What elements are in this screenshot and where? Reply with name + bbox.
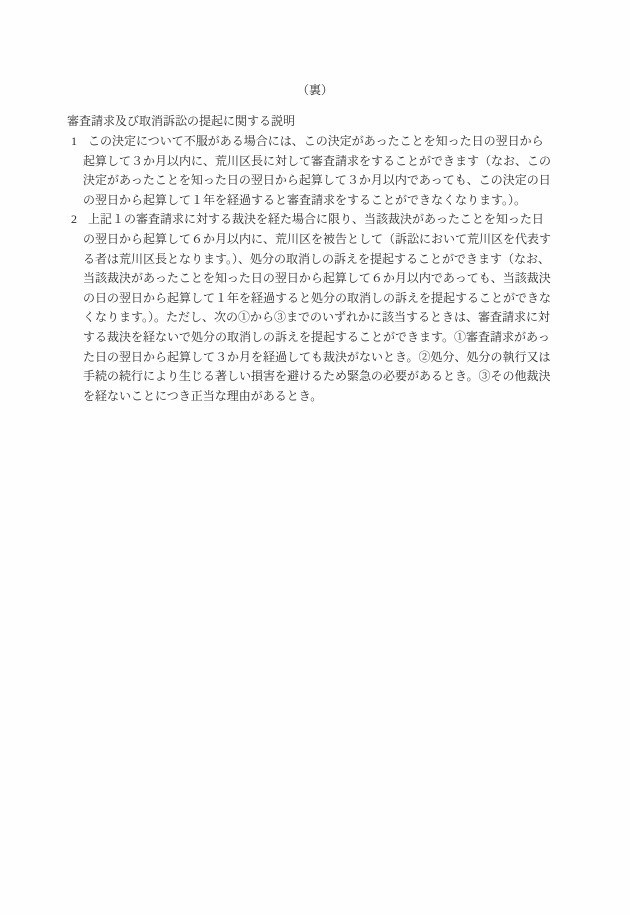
item-2-line-2: の翌日から起算して６か月以内に、荒川区を被告として（訴訟において荒川区を代表す xyxy=(0,230,630,250)
text-line: 決定があったことを知った日の翌日から起算して３か月以内であっても、この決定の日 xyxy=(83,173,551,187)
item-1-line-1: 1この決定について不服がある場合には、この決定があったことを知った日の翌日から xyxy=(0,132,630,152)
item-1-number: 1 xyxy=(71,132,88,152)
text-line: る者は荒川区長となります。）、処分の取消しの訴えを提起することができます（なお、 xyxy=(83,252,550,266)
item-2-line-10: を経ないことにつき正当な理由があるとき。 xyxy=(0,387,630,407)
item-2-line-5: の日の翌日から起算して１年を経過すると処分の取消しの訴えを提起することができな xyxy=(0,289,630,309)
item-1-line-3: 決定があったことを知った日の翌日から起算して３か月以内であっても、この決定の日 xyxy=(0,171,630,191)
text-line: する裁決を経ないで処分の取消しの訴えを提起することができます。①審査請求があっ xyxy=(83,330,550,344)
item-2-line-6: くなります。）。ただし、次の①から③までのいずれかに該当するときは、審査請求に対 xyxy=(0,308,630,328)
text-line: た日の翌日から起算して３か月を経過しても裁決がないとき。②処分、処分の執行又は xyxy=(83,350,551,364)
text-line: の翌日から起算して６か月以内に、荒川区を被告として（訴訟において荒川区を代表す xyxy=(83,232,551,246)
text-line: 当該裁決があったことを知った日の翌日から起算して６か月以内であっても、当該裁決 xyxy=(83,271,551,285)
document-page: （裏） 審査請求及び取消訴訟の提起に関する説明 1この決定について不服がある場合… xyxy=(0,0,630,915)
item-2-line-4: 当該裁決があったことを知った日の翌日から起算して６か月以内であっても、当該裁決 xyxy=(0,269,630,289)
item-2-line-1: 2上記１の審査請求に対する裁決を経た場合に限り、当該裁決があったことを知った日 xyxy=(0,210,630,230)
item-2-line-3: る者は荒川区長となります。）、処分の取消しの訴えを提起することができます（なお、 xyxy=(0,250,630,270)
document-title: 審査請求及び取消訴訟の提起に関する説明 xyxy=(67,112,295,132)
item-1-line-2: 起算して３か月以内に、荒川区長に対して審査請求をすることができます（なお、この xyxy=(0,152,630,172)
page-side-label: （裏） xyxy=(0,81,630,101)
item-2-number: 2 xyxy=(71,210,88,230)
item-2-line-9: 手続の続行により生じる著しい損害を避けるため緊急の必要があるとき。③その他裁決 xyxy=(0,367,630,387)
text-line: の日の翌日から起算して１年を経過すると処分の取消しの訴えを提起することができな xyxy=(83,291,551,305)
text-line: 起算して３か月以内に、荒川区長に対して審査請求をすることができます（なお、この xyxy=(83,154,551,168)
text-line: くなります。）。ただし、次の①から③までのいずれかに該当するときは、審査請求に対 xyxy=(83,310,550,324)
text-line: を経ないことにつき正当な理由があるとき。 xyxy=(83,389,322,403)
text-line: 上記１の審査請求に対する裁決を経た場合に限り、当該裁決があったことを知った日 xyxy=(88,212,544,226)
item-1-line-4: の翌日から起算して１年を経過すると審査請求をすることができなくなります。）。 xyxy=(0,191,630,211)
item-2-line-7: する裁決を経ないで処分の取消しの訴えを提起することができます。①審査請求があっ xyxy=(0,328,630,348)
item-2-line-8: た日の翌日から起算して３か月を経過しても裁決がないとき。②処分、処分の執行又は xyxy=(0,348,630,368)
text-line: 手続の続行により生じる著しい損害を避けるため緊急の必要があるとき。③その他裁決 xyxy=(83,369,551,383)
text-line: の翌日から起算して１年を経過すると審査請求をすることができなくなります。）。 xyxy=(83,193,526,207)
text-line: この決定について不服がある場合には、この決定があったことを知った日の翌日から xyxy=(88,134,544,148)
document-body: 1この決定について不服がある場合には、この決定があったことを知った日の翌日から … xyxy=(0,132,630,406)
